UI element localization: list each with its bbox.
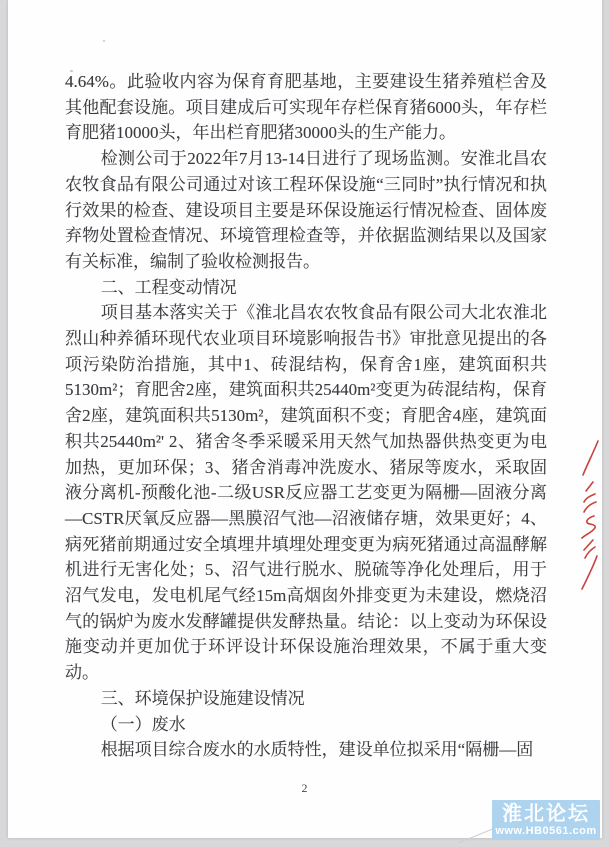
section-heading: （一）废水 [65,712,547,738]
handwriting-strokes [578,438,604,592]
scan-speck [70,70,73,72]
handwritten-red-annotation [578,438,604,592]
paragraph: 根据项目综合废水的水质特性，建设单位拟采用“隔栅—固 [65,737,547,763]
forum-watermark: 淮北论坛 www.HB0561.com [492,800,600,840]
forum-watermark-url: www.HB0561.com [495,825,596,838]
paragraph: 检测公司于2022年7月13-14日进行了现场监测。安淮北昌农农牧食品有限公司通… [65,146,547,275]
forum-watermark-title: 淮北论坛 [502,803,590,825]
page-number: 2 [8,781,602,796]
section-heading: 二、工程变动情况 [65,275,547,301]
scan-speck [103,40,105,42]
section-heading: 三、环境保护设施建设情况 [65,686,547,712]
document-paragraphs: 4.64%。此验收内容为保育育肥基地，主要建设生猪养殖栏舍及其他配套设施。项目建… [65,69,547,763]
paragraph: 4.64%。此验收内容为保育育肥基地，主要建设生猪养殖栏舍及其他配套设施。项目建… [65,69,547,146]
scanned-document-page: 4.64%。此验收内容为保育育肥基地，主要建设生猪养殖栏舍及其他配套设施。项目建… [8,0,602,838]
scan-speck [500,88,503,91]
paragraph: 项目基本落实关于《淮北昌农农牧食品有限公司大北农淮北烈山种养循环现代农业项目环境… [65,300,547,686]
